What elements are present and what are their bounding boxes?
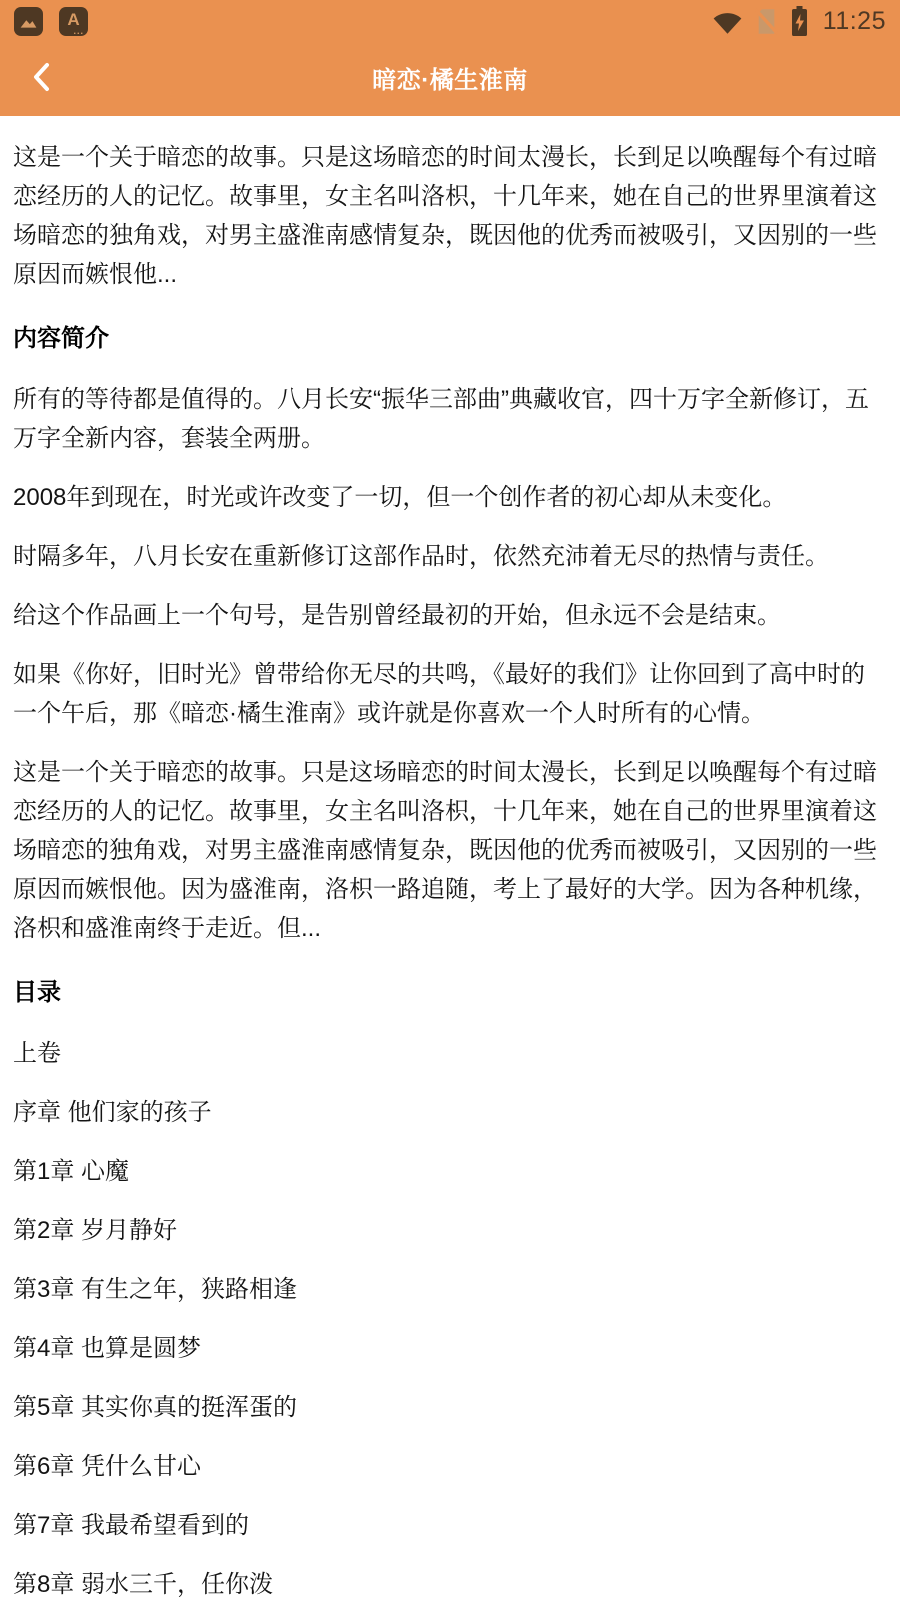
status-bar-notifications: A ...	[14, 7, 88, 36]
toc-item: 第2章 岁月静好	[13, 1211, 887, 1250]
page-title: 暗恋·橘生淮南	[0, 60, 900, 95]
toc-item: 第5章 其实你真的挺浑蛋的	[13, 1388, 887, 1427]
back-button[interactable]	[22, 55, 62, 99]
book-description-scroll-area[interactable]: 这是一个关于暗恋的故事。只是这场暗恋的时间太漫长，长到足以唤醒每个有过暗恋经历的…	[0, 116, 900, 1600]
toc-item: 第6章 凭什么甘心	[13, 1447, 887, 1486]
letter-a-notification-icon: A ...	[59, 7, 88, 36]
section-title-summary: 内容简介	[13, 319, 887, 358]
toc-item: 第7章 我最希望看到的	[13, 1506, 887, 1545]
book-detail-screen: A ...	[0, 0, 900, 1600]
image-notification-icon	[14, 7, 43, 36]
summary-paragraph: 这是一个关于暗恋的故事。只是这场暗恋的时间太漫长，长到足以唤醒每个有过暗恋经历的…	[13, 753, 887, 948]
toc-item: 第8章 弱水三千，任你泼	[13, 1565, 887, 1600]
summary-paragraph: 时隔多年，八月长安在重新修订这部作品时，依然充沛着无尽的热情与责任。	[13, 537, 887, 576]
toc-item: 第1章 心魔	[13, 1152, 887, 1191]
status-bar-clock: 11:25	[823, 7, 886, 36]
toc-item: 第3章 有生之年，狭路相逢	[13, 1270, 887, 1309]
toc-item: 第4章 也算是圆梦	[13, 1329, 887, 1368]
status-bar-system-icons: 11:25	[712, 6, 886, 36]
section-title-toc: 目录	[13, 973, 887, 1012]
summary-paragraph: 给这个作品画上一个句号，是告别曾经最初的开始，但永远不会是结束。	[13, 596, 887, 635]
no-sim-icon	[753, 7, 780, 36]
summary-paragraph: 所有的等待都是值得的。八月长安“振华三部曲”典藏收官，四十万字全新修订，五万字全…	[13, 380, 887, 458]
top-app-bar: A ...	[0, 0, 900, 116]
toc-item: 上卷	[13, 1034, 887, 1073]
wifi-icon	[712, 8, 743, 35]
battery-charging-icon	[790, 6, 809, 36]
intro-paragraph: 这是一个关于暗恋的故事。只是这场暗恋的时间太漫长，长到足以唤醒每个有过暗恋经历的…	[13, 138, 887, 294]
toc-item: 序章 他们家的孩子	[13, 1093, 887, 1132]
summary-paragraph: 如果《你好，旧时光》曾带给你无尽的共鸣，《最好的我们》让你回到了高中时的一个午后…	[13, 655, 887, 733]
app-header: 暗恋·橘生淮南	[0, 38, 900, 116]
summary-paragraph: 2008年到现在，时光或许改变了一切，但一个创作者的初心却从未变化。	[13, 478, 887, 517]
status-bar: A ...	[0, 0, 900, 38]
